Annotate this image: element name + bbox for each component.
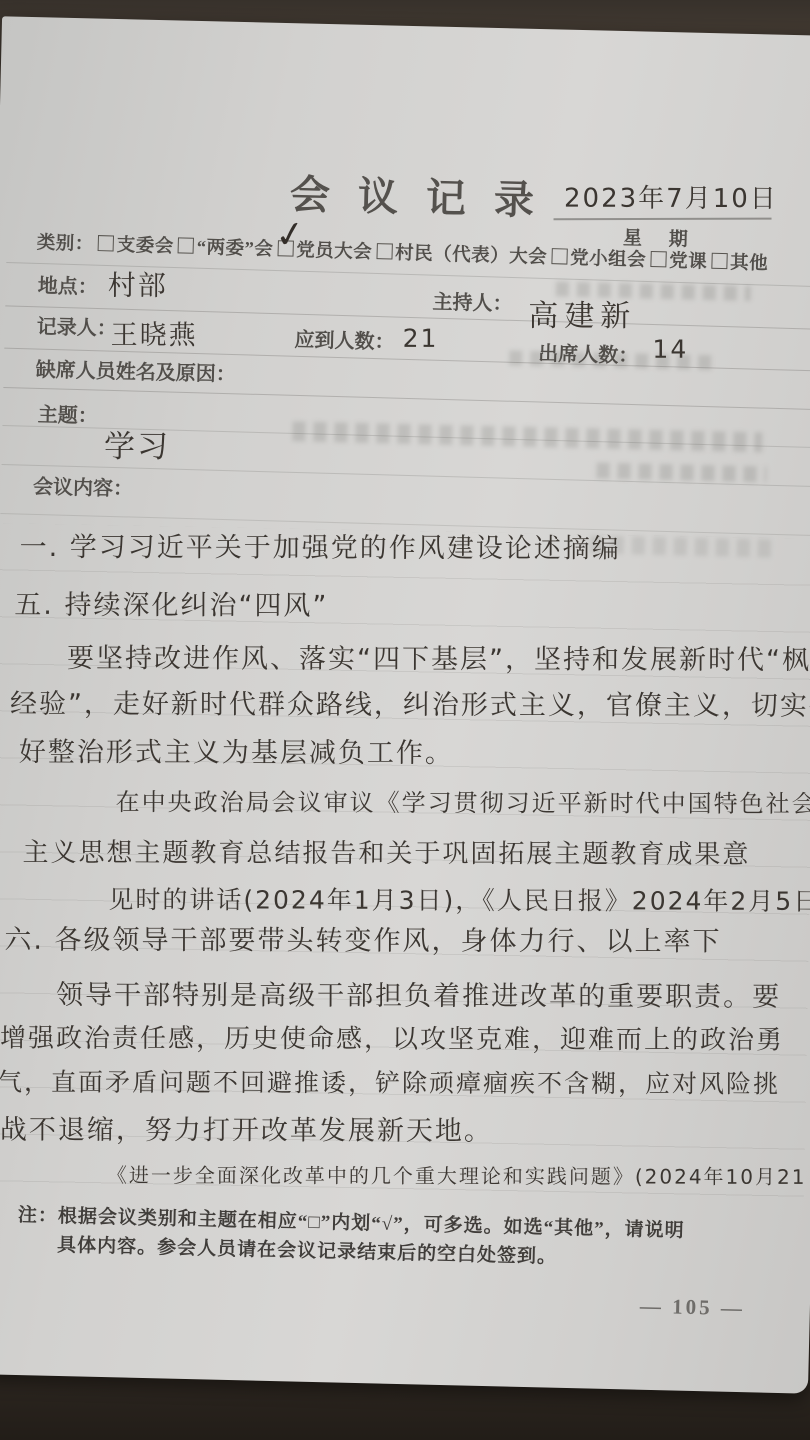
content-line: 增强政治责任感，历史使命感，以攻坚克难，迎难而上的政治勇 bbox=[0, 1018, 784, 1057]
category-item-cunmindahui: 村民（代表）大会 bbox=[372, 243, 548, 268]
category-item-dangke: 党课 bbox=[646, 251, 708, 273]
content-line: 在中央政治局会议审议《学习贯彻习近平新时代中国特色社会 bbox=[116, 782, 810, 819]
category-label: 类别： bbox=[36, 233, 94, 255]
attended-count-label: 出席人数： bbox=[538, 337, 639, 368]
content-line: 要坚持改进作风、落实“四下基层”，坚持和发展新时代“枫桥 bbox=[67, 636, 810, 677]
content-label: 会议内容： bbox=[33, 470, 134, 501]
category-item-dangxiaozuhui: 党小组会 bbox=[547, 248, 647, 271]
expected-count-label: 应到人数： bbox=[294, 323, 395, 354]
checkbox-liangwei bbox=[178, 237, 194, 253]
ink-bleedthrough bbox=[596, 462, 766, 482]
recorder-label: 记录人： bbox=[37, 310, 118, 341]
attended-count-value: 14 bbox=[652, 335, 688, 364]
notebook-page: 会 议 记 录 2023年7月10日 星 期 类别：支委会“两委”会✓党员大会村… bbox=[0, 16, 810, 1393]
footnote-label: 注： bbox=[18, 1205, 58, 1227]
content-line: 气，直面矛盾问题不回避推诿，铲除顽瘴痼疾不含糊，应对风险挑 bbox=[0, 1062, 780, 1100]
checkbox-dangxiaozuhui bbox=[551, 248, 567, 264]
meeting-content: 一. 学习习近平关于加强党的作风建设论述摘编 五. 持续深化纠治“四风” 要坚持… bbox=[2, 16, 810, 36]
content-line: 《进一步全面深化改革中的几个重大理论和实践问题》(2024年10月21日) bbox=[107, 1159, 810, 1190]
absent-label: 缺席人员姓名及原因： bbox=[36, 353, 237, 387]
date-value: 2023年7月10日 bbox=[564, 178, 778, 216]
category-item-dangyuandahui: ✓党员大会 bbox=[273, 240, 373, 263]
host-value: 高建新 bbox=[528, 291, 636, 335]
checkbox-cunmindahui bbox=[376, 243, 392, 259]
photo-of-meeting-minutes: { "page": { "title": "会 议 记 录", "date": … bbox=[0, 0, 810, 1440]
category-item-zhiweihui: 支委会 bbox=[93, 235, 174, 257]
topic-label: 主题： bbox=[37, 398, 98, 428]
checkbox-dangke bbox=[650, 251, 666, 267]
content-line: 好整治形式主义为基层减负工作。 bbox=[19, 730, 454, 770]
content-line: 六. 各级领导干部要带头转变作风，身体力行、以上率下 bbox=[4, 918, 721, 959]
content-line: 经验”，走好新时代群众路线，纠治形式主义，官僚主义，切实抓 bbox=[10, 682, 810, 723]
expected-count-value: 21 bbox=[403, 324, 439, 353]
date-underline bbox=[554, 218, 772, 221]
content-line: 一. 学习习近平关于加强党的作风建设论述摘编 bbox=[20, 525, 621, 566]
content-line: 战不退缩，努力打开改革发展新天地。 bbox=[0, 1108, 493, 1148]
page-number: — 105 — bbox=[640, 1294, 746, 1321]
location-label: 地点： bbox=[37, 269, 98, 299]
checkbox-dangyuandahui-checked: ✓ bbox=[277, 240, 293, 256]
page-title: 会 议 记 录 bbox=[289, 163, 543, 226]
host-label: 主持人： bbox=[432, 286, 513, 317]
ink-bleedthrough bbox=[292, 421, 762, 452]
content-line: 五. 持续深化纠治“四风” bbox=[14, 583, 328, 623]
content-line: 领导干部特别是高级干部担负着推进改革的重要职责。要 bbox=[56, 973, 781, 1014]
content-line: 见时的讲话(2024年1月3日)，《人民日报》2024年2月5日. bbox=[108, 880, 810, 918]
checkbox-qita bbox=[711, 253, 727, 269]
category-item-liangwei: “两委”会 bbox=[173, 237, 273, 260]
checkmark-icon: ✓ bbox=[272, 216, 308, 256]
topic-value: 学习 bbox=[104, 421, 170, 466]
location-value: 村部 bbox=[108, 264, 168, 304]
recorder-value: 王晓燕 bbox=[111, 313, 198, 352]
form-rule-line bbox=[3, 387, 810, 410]
content-line: 主义思想主题教育总结报告和关于巩固拓展主题教育成果意 bbox=[22, 832, 750, 871]
checkbox-zhiweihui bbox=[98, 235, 114, 251]
category-item-qita: 其他 bbox=[707, 253, 769, 275]
